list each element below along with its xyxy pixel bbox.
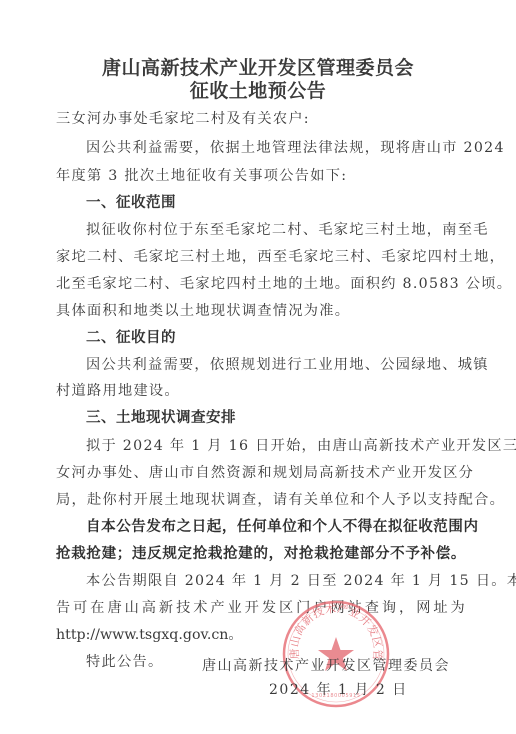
announcement-page: 唐山高新技术产业开发区管理委员会 征收土地预公告 三女河办事处毛家坨二村及有关农… (0, 0, 516, 734)
section1-heading: 一、征收范围 (86, 191, 466, 212)
section3-line-3: 局，赴你村开展土地现状调查，请有关单位和个人予以支持配合。 (56, 489, 466, 509)
section1-line-4: 具体面积和地类以土地现状调查情况为准。 (56, 300, 466, 320)
warning-line-1: 自本公告发布之日起，任何单位和个人不得在拟征收范围内 (86, 515, 466, 536)
signature-date: 2024 年 1 月 2 日 (269, 679, 408, 699)
section2-line-1: 因公共利益需要，依照规划进行工业用地、公园绿地、城镇 (86, 354, 466, 374)
section3-heading: 三、土地现状调查安排 (86, 406, 466, 427)
section3-line-2: 女河办事处、唐山市自然资源和规划局高新技术产业开发区分 (56, 462, 466, 482)
period-line-1: 本公告期限自 2024 年 1 月 2 日至 2024 年 1 月 15 日。本… (86, 570, 466, 590)
period-line-2: 告可在唐山高新技术产业开发区门户网站查询，网址为 (56, 597, 466, 617)
intro-line-1: 因公共利益需要，依据土地管理法律法规，现将唐山市 2024 (86, 137, 466, 157)
signature-org: 唐山高新技术产业开发区管理委员会 (202, 655, 450, 675)
website-url: http://www.tsgxq.gov.cn。 (56, 624, 466, 644)
section2-line-2: 村道路用地建设。 (56, 380, 466, 400)
section1-line-2: 家坨二村、毛家坨三村土地，西至毛家坨三村、毛家坨四村土地， (56, 246, 466, 266)
title-notice: 征收土地预公告 (0, 76, 516, 103)
section1-line-3: 北至毛家坨二村、毛家坨四村土地的土地。面积约 8.0583 公顷。 (56, 273, 466, 293)
warning-line-2: 抢栽抢建；违反规定抢栽抢建的，对抢栽抢建部分不予补偿。 (56, 542, 466, 563)
section1-line-1: 拟征收你村位于东至毛家坨二村、毛家坨三村土地，南至毛 (86, 219, 466, 239)
addressee: 三女河办事处毛家坨二村及有关农户: (56, 108, 466, 128)
section3-line-1: 拟于 2024 年 1 月 16 日开始，由唐山高新技术产业开发区三 (86, 435, 466, 455)
section2-heading: 二、征收目的 (86, 326, 466, 347)
intro-line-2: 年度第 3 批次土地征收有关事项公告如下: (56, 165, 466, 185)
